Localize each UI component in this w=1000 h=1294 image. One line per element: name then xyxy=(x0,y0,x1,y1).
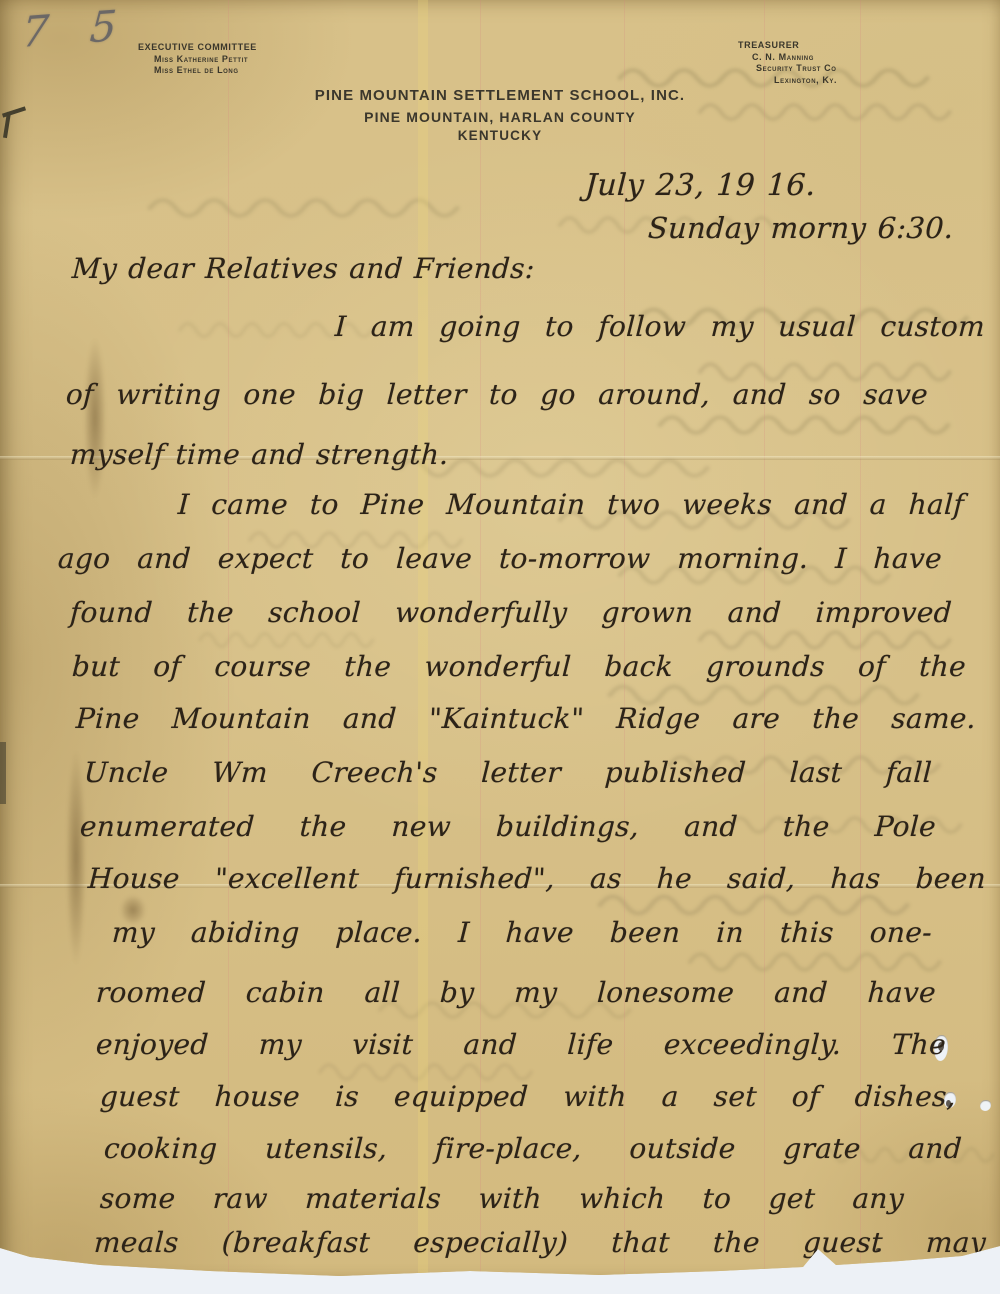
treasurer-title: TREASURER xyxy=(738,40,837,52)
letterhead-executive-committee: EXECUTIVE COMMITTEE Miss Katherine Petti… xyxy=(138,42,257,77)
letter-line: of writing one big letter to go around, … xyxy=(65,378,929,411)
committee-member: Miss Katherine Pettit xyxy=(138,54,257,66)
letter-line: I am going to follow my usual custom xyxy=(334,310,986,343)
letter-line: ago and expect to leave to-morrow mornin… xyxy=(57,542,943,575)
school-name: PINE MOUNTAIN SETTLEMENT SCHOOL, INC. xyxy=(0,87,1000,104)
committee-member: Miss Ethel de Long xyxy=(138,65,257,77)
letter-line: Pine Mountain and "Kaintuck" Ridge are t… xyxy=(75,702,977,735)
letter-line: cooking utensils, fire-place, outside gr… xyxy=(103,1132,963,1165)
time-line: Sunday morny 6:30. xyxy=(647,211,954,245)
letter-line: found the school wonderfully grown and i… xyxy=(69,596,953,629)
letter-line: roomed cabin all by my lonesome and have xyxy=(95,976,937,1009)
letterhead-treasurer: TREASURER C. N. Manning Security Trust C… xyxy=(738,40,837,86)
letter-page: 7 5 EXECUTIVE COMMITTEE Miss Katherine P… xyxy=(0,0,1000,1282)
letter-line: meals (breakfast especially) that the gu… xyxy=(93,1226,987,1259)
letter-line: some raw materials with which to get any xyxy=(99,1182,905,1215)
salutation: My dear Relatives and Friends: xyxy=(71,252,535,285)
executive-committee-title: EXECUTIVE COMMITTEE xyxy=(138,42,257,54)
letter-line: House "excellent furnished", as he said,… xyxy=(87,862,987,895)
letter-line: but of course the wonderful back grounds… xyxy=(71,650,967,683)
letter-line: myself time and strength. xyxy=(69,438,449,471)
date-line: July 23, 19 16. xyxy=(584,168,816,203)
school-state: KENTUCKY xyxy=(0,128,1000,143)
edge-tear xyxy=(0,742,6,804)
letter-line: Uncle Wm Creech's letter published last … xyxy=(83,756,933,789)
letter-line: guest house is equipped with a set of di… xyxy=(99,1080,957,1113)
school-location: PINE MOUNTAIN, HARLAN COUNTY xyxy=(0,109,1000,125)
stain xyxy=(84,338,106,498)
treasurer-city: Lexington, Ky. xyxy=(738,75,837,87)
letter-line: enumerated the new buildings, and the Po… xyxy=(79,810,937,843)
letter-line: I came to Pine Mountain two weeks and a … xyxy=(177,488,965,521)
treasurer-name: C. N. Manning xyxy=(738,52,837,64)
pencil-annotation: 7 5 xyxy=(20,0,132,57)
letter-line: my abiding place. I have been in this on… xyxy=(111,916,933,949)
treasurer-company: Security Trust Co xyxy=(738,63,837,75)
letter-line: enjoyed my visit and life exceedingly. T… xyxy=(95,1028,947,1061)
